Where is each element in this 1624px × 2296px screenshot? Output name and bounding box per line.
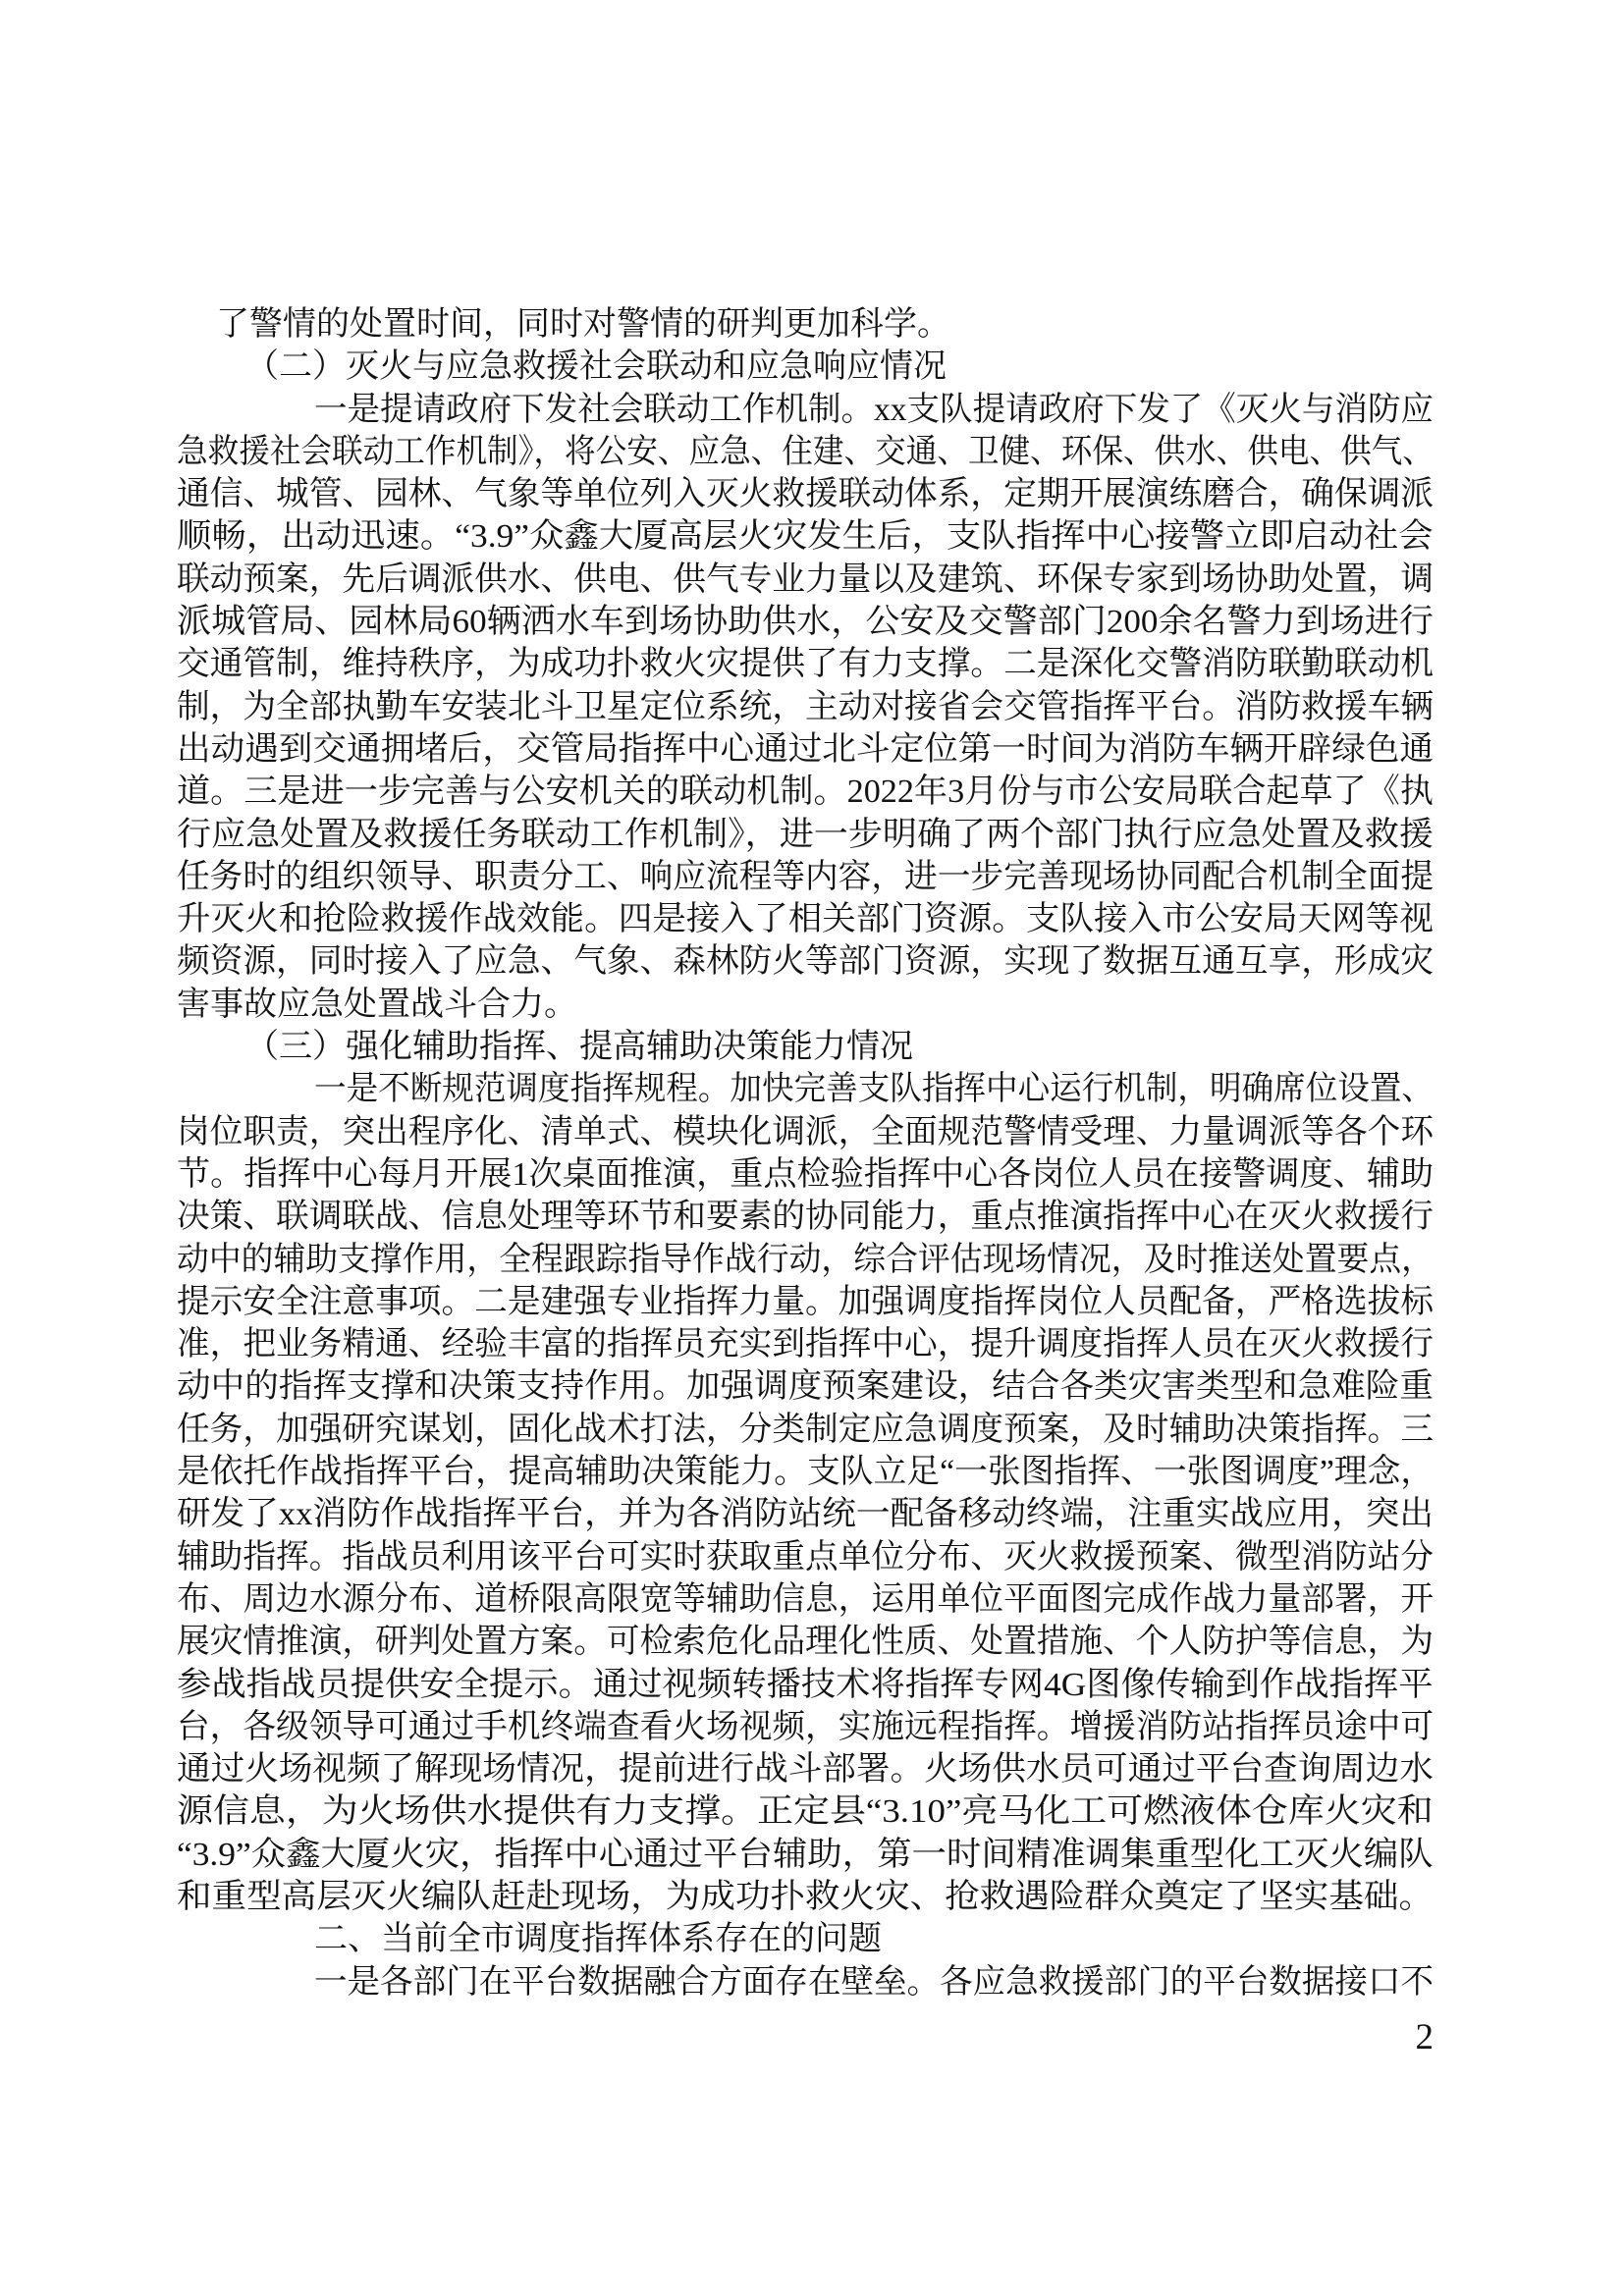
text-line-content: 决策、联调联战、信息处理等环节和要素的协同能力，重点推演指挥中心在灭火救援行 [177,1196,1434,1238]
text-line-content: 展灾情推演，研判处置方案。可检索危化品理化性质、处置措施、个人防护等信息，为 [177,1621,1434,1663]
text-line: 一是提请政府下发社会联动工作机制。xx支队提请政府下发了《灭火与消防应 [177,389,1434,431]
text-line: 参战指战员提供安全提示。通过视频转播技术将指挥专网4G图像传输到作战指挥平 [177,1664,1434,1706]
text-line: 通过火场视频了解现场情况，提前进行战斗部署。火场供水员可通过平台查询周边水 [177,1748,1434,1790]
text-line: 动中的指挥支撑和决策支持作用。加强调度预案建设，结合各类灾害类型和急难险重 [177,1365,1434,1408]
text-line: 一是各部门在平台数据融合方面存在壁垒。各应急救援部门的平台数据接口不 [177,1961,1434,2003]
text-line-content: 任务时的组织领导、职责分工、响应流程等内容，进一步完善现场协同配合机制全面提 [177,856,1434,898]
text-line-content: 提示安全注意事项。二是建强专业指挥力量。加强调度指挥岗位人员配备，严格选拔标 [177,1281,1434,1323]
text-line: 联动预案，先后调派供水、供电、供气专业力量以及建筑、环保专家到场协助处置，调 [177,559,1434,601]
text-line: 出动遇到交通拥堵后，交管局指挥中心通过北斗定位第一时间为消防车辆开辟绿色通 [177,728,1434,771]
text-line: 升灭火和抢险救援作战效能。四是接入了相关部门资源。支队接入市公安局天网等视 [177,898,1434,940]
heading-section-2: （二）灭火与应急救援社会联动和应急响应情况 [177,346,1434,388]
text-line: 一是不断规范调度指挥规程。加快完善支队指挥中心运行机制，明确席位设置、 [177,1068,1434,1110]
text-line: 是依托作战指挥平台，提高辅助决策能力。支队立足“一张图指挥、一张图调度”理念， [177,1451,1434,1493]
text-line-content: 岗位职责，突出程序化、清单式、模块化调派，全面规范警情受理、力量调派等各个环 [177,1111,1434,1153]
text-line-content: 任务，加强研究谋划，固化战术打法，分类制定应急调度预案，及时辅助决策指挥。三 [177,1409,1434,1451]
text-line: 行应急处置及救援任务联动工作机制》，进一步明确了两个部门执行应急处置及救援 [177,814,1434,856]
body-text-block: 了警情的处置时间，同时对警情的研判更加科学。 （二）灭火与应急救援社会联动和应急… [177,303,1434,2003]
text-line: 频资源，同时接入了应急、气象、森林防火等部门资源，实现了数据互通互享，形成灾 [177,940,1434,983]
text-line: 害事故应急处置战斗合力。 [177,984,1434,1026]
text-line: 了警情的处置时间，同时对警情的研判更加科学。 [177,303,1434,346]
text-line: 动中的辅助支撑作用，全程跟踪指导作战行动，综合评估现场情况，及时推送处置要点， [177,1239,1434,1281]
page-number: 2 [177,2016,1434,2058]
text-line: 任务，加强研究谋划，固化战术打法，分类制定应急调度预案，及时辅助决策指挥。三 [177,1409,1434,1451]
text-line-content: 派城管局、园林局60辆洒水车到场协助供水，公安及交警部门200余名警力到场进行 [177,601,1434,643]
text-line-content: 通信、城管、园林、气象等单位列入灭火救援联动体系，定期开展演练磨合，确保调派 [177,473,1434,515]
text-line-content: 准，把业务精通、经验丰富的指挥员充实到指挥中心，提升调度指挥人员在灭火救援行 [177,1323,1434,1365]
text-line: 岗位职责，突出程序化、清单式、模块化调派，全面规范警情受理、力量调派等各个环 [177,1111,1434,1153]
text-line: 台，各级领导可通过手机终端查看火场视频，实施远程指挥。增援消防站指挥员途中可 [177,1706,1434,1748]
text-line-content: 是依托作战指挥平台，提高辅助决策能力。支队立足“一张图指挥、一张图调度”理念， [177,1451,1434,1493]
text-line-content: 一是各部门在平台数据融合方面存在壁垒。各应急救援部门的平台数据接口不 [314,1961,1434,2003]
text-line-content: 参战指战员提供安全提示。通过视频转播技术将指挥专网4G图像传输到作战指挥平 [177,1664,1434,1706]
heading-text: （三）强化辅助指挥、提高辅助决策能力情况 [245,1026,913,1068]
text-line: 源信息，为火场供水提供有力支撑。正定县“3.10”亮马化工可燃液体仓库火灾和 [177,1790,1434,1833]
text-line: 派城管局、园林局60辆洒水车到场协助供水，公安及交警部门200余名警力到场进行 [177,601,1434,643]
text-line-content: 和重型高层灭火编队赶赴现场，为成功扑救火灾、抢救遇险群众奠定了坚实基础。 [177,1876,1434,1918]
text-line-content: 源信息，为火场供水提供有力支撑。正定县“3.10”亮马化工可燃液体仓库火灾和 [177,1790,1434,1833]
text-line-content: 一是提请政府下发社会联动工作机制。xx支队提请政府下发了《灭火与消防应 [314,389,1434,431]
text-line-content: 节。指挥中心每月开展1次桌面推演，重点检验指挥中心各岗位人员在接警调度、辅助 [177,1153,1434,1196]
text-line-content: 交通管制，维持秩序，为成功扑救火灾提供了有力支撑。二是深化交警消防联勤联动机 [177,643,1434,685]
text-line-content: 出动遇到交通拥堵后，交管局指挥中心通过北斗定位第一时间为消防车辆开辟绿色通 [177,728,1434,771]
text-line: 提示安全注意事项。二是建强专业指挥力量。加强调度指挥岗位人员配备，严格选拔标 [177,1281,1434,1323]
text-line-content: 道。三是进一步完善与公安机关的联动机制。2022年3月份与市公安局联合起草了《执 [177,771,1434,813]
text-line: 道。三是进一步完善与公安机关的联动机制。2022年3月份与市公安局联合起草了《执 [177,771,1434,813]
text-line-content: 动中的指挥支撑和决策支持作用。加强调度预案建设，结合各类灾害类型和急难险重 [177,1365,1434,1408]
text-line: “3.9”众鑫大厦火灾，指挥中心通过平台辅助，第一时间精准调集重型化工灭火编队 [177,1834,1434,1876]
text-line: 交通管制，维持秩序，为成功扑救火灾提供了有力支撑。二是深化交警消防联勤联动机 [177,643,1434,685]
text-line-content: 急救援社会联动工作机制》，将公安、应急、住建、交通、卫健、环保、供水、供电、供气… [177,431,1434,473]
text-line-content: 制，为全部执勤车安装北斗卫星定位系统，主动对接省会交管指挥平台。消防救援车辆 [177,686,1434,728]
text-line-content: 通过火场视频了解现场情况，提前进行战斗部署。火场供水员可通过平台查询周边水 [177,1748,1434,1790]
text-line: 急救援社会联动工作机制》，将公安、应急、住建、交通、卫健、环保、供水、供电、供气… [177,431,1434,473]
text-line-content: 升灭火和抢险救援作战效能。四是接入了相关部门资源。支队接入市公安局天网等视 [177,898,1434,940]
text-line-content: “3.9”众鑫大厦火灾，指挥中心通过平台辅助，第一时间精准调集重型化工灭火编队 [177,1834,1434,1876]
text-line: 决策、联调联战、信息处理等环节和要素的协同能力，重点推演指挥中心在灭火救援行 [177,1196,1434,1238]
text-line-content: 害事故应急处置战斗合力。 [177,984,577,1026]
text-line-content: 动中的辅助支撑作用，全程跟踪指导作战行动，综合评估现场情况，及时推送处置要点， [177,1239,1434,1281]
text-line: 准，把业务精通、经验丰富的指挥员充实到指挥中心，提升调度指挥人员在灭火救援行 [177,1323,1434,1365]
text-line-content: 联动预案，先后调派供水、供电、供气专业力量以及建筑、环保专家到场协助处置，调 [177,559,1434,601]
text-line: 节。指挥中心每月开展1次桌面推演，重点检验指挥中心各岗位人员在接警调度、辅助 [177,1153,1434,1196]
text-line-content: 台，各级领导可通过手机终端查看火场视频，实施远程指挥。增援消防站指挥员途中可 [177,1706,1434,1748]
text-line: 辅助指挥。指战员利用该平台可实时获取重点单位分布、灭火救援预案、微型消防站分 [177,1536,1434,1578]
text-line: 任务时的组织领导、职责分工、响应流程等内容，进一步完善现场协同配合机制全面提 [177,856,1434,898]
text-line: 制，为全部执勤车安装北斗卫星定位系统，主动对接省会交管指挥平台。消防救援车辆 [177,686,1434,728]
text-line-content: 频资源，同时接入了应急、气象、森林防火等部门资源，实现了数据互通互享，形成灾 [177,940,1434,983]
text-line-content: 研发了xx消防作战指挥平台，并为各消防站统一配备移动终端，注重实战应用，突出 [177,1493,1434,1535]
text-line: 布、周边水源分布、道桥限高限宽等辅助信息，运用单位平面图完成作战力量部署，开 [177,1578,1434,1621]
text-line: 研发了xx消防作战指挥平台，并为各消防站统一配备移动终端，注重实战应用，突出 [177,1493,1434,1535]
heading-section-3: （三）强化辅助指挥、提高辅助决策能力情况 [177,1026,1434,1068]
text-line: 顺畅，出动迅速。“3.9”众鑫大厦高层火灾发生后，支队指挥中心接警立即启动社会 [177,515,1434,558]
text-line-content: 布、周边水源分布、道桥限高限宽等辅助信息，运用单位平面图完成作战力量部署，开 [177,1578,1434,1621]
text-line-content: 辅助指挥。指战员利用该平台可实时获取重点单位分布、灭火救援预案、微型消防站分 [177,1536,1434,1578]
document-page: 了警情的处置时间，同时对警情的研判更加科学。 （二）灭火与应急救援社会联动和应急… [0,0,1624,2296]
text-line-content: 行应急处置及救援任务联动工作机制》，进一步明确了两个部门执行应急处置及救援 [177,814,1434,856]
heading-part-2: 二、当前全市调度指挥体系存在的问题 [177,1918,1434,1960]
text-line-content: 一是不断规范调度指挥规程。加快完善支队指挥中心运行机制，明确席位设置、 [314,1068,1434,1110]
text-line: 展灾情推演，研判处置方案。可检索危化品理化性质、处置措施、个人防护等信息，为 [177,1621,1434,1663]
text-line: 通信、城管、园林、气象等单位列入灭火救援联动体系，定期开展演练磨合，确保调派 [177,473,1434,515]
text-line-content: 了警情的处置时间，同时对警情的研判更加科学。 [216,303,950,346]
text-line: 和重型高层灭火编队赶赴现场，为成功扑救火灾、抢救遇险群众奠定了坚实基础。 [177,1876,1434,1918]
text-line-content: 顺畅，出动迅速。“3.9”众鑫大厦高层火灾发生后，支队指挥中心接警立即启动社会 [177,515,1434,558]
heading-text: 二、当前全市调度指挥体系存在的问题 [314,1918,882,1960]
heading-text: （二）灭火与应急救援社会联动和应急响应情况 [245,346,947,388]
